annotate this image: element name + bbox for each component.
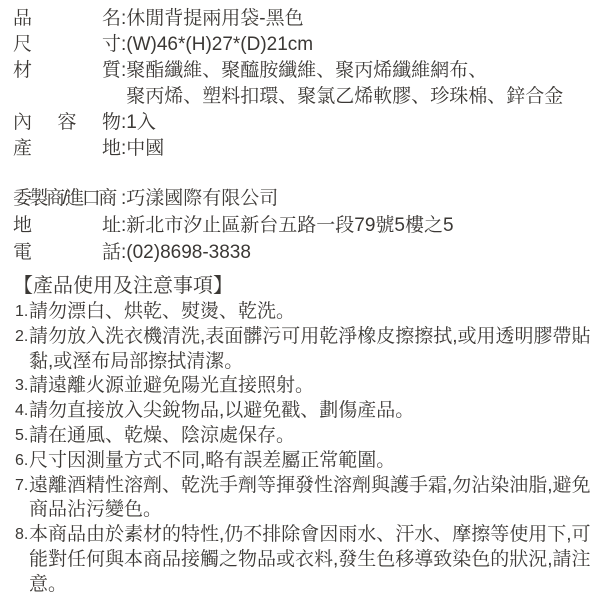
item-number: 3. (15, 374, 29, 399)
dimensions-value: (W)46*(H)27*(D)21cm (126, 32, 595, 58)
item-text: 請勿漂白、烘乾、熨燙、乾洗。 (29, 300, 595, 325)
notice-item: 4. 請勿直接放入尖銳物品,以避免戳、劃傷產品。 (15, 399, 595, 424)
notice-item: 1. 請勿漂白、烘乾、熨燙、乾洗。 (15, 300, 595, 325)
maker-value: 巧漾國際有限公司 (126, 185, 595, 212)
product-info-section: 品 名 : 休閒背提兩用袋-黑色 尺 寸 : (W)46*(H)27*(D)21… (13, 6, 595, 162)
contents-row: 內 容 物 : 1入 (13, 110, 595, 136)
contents-value: 1入 (126, 110, 595, 136)
notice-item: 6. 尺寸因測量方式不同,略有誤差屬正常範圍。 (15, 449, 595, 474)
notice-item: 8. 本商品由於素材的特性,仍不排除會因雨水、汗水、摩擦等使用下,可能對任何與本… (15, 523, 595, 597)
field-label-phone: 電 話 (13, 239, 121, 266)
field-label-product-name: 品 名 (13, 6, 121, 32)
item-text: 本商品由於素材的特性,仍不排除會因雨水、汗水、摩擦等使用下,可能對任何與本商品接… (29, 523, 595, 597)
item-text: 請遠離火源並避免陽光直接照射。 (29, 374, 595, 399)
material-row: 材 質 : 聚酯纖維、聚醯胺纖維、聚丙烯纖維網布、 聚丙烯、塑料扣環、聚氯乙烯軟… (13, 58, 595, 110)
item-number: 7. (15, 474, 29, 499)
item-text: 請勿直接放入尖銳物品,以避免戳、劃傷產品。 (29, 399, 595, 424)
material-value-line2: 聚丙烯、塑料扣環、聚氯乙烯軟膠、珍珠棉、鋅合金 (126, 84, 595, 110)
field-label-address: 地 址 (13, 212, 121, 239)
maker-row: 委製商/進口商 : 巧漾國際有限公司 (13, 185, 595, 212)
notice-items: 1. 請勿漂白、烘乾、熨燙、乾洗。 2. 請勿放入洗衣機清洗,表面髒污可用乾淨橡… (13, 300, 595, 598)
address-value: 新北市汐止區新台五路一段79號5樓之5 (126, 212, 595, 239)
item-text: 請勿放入洗衣機清洗,表面髒污可用乾淨橡皮擦擦拭,或用透明膠帶貼黏,或溼布局部擦拭… (29, 325, 595, 375)
item-text: 尺寸因測量方式不同,略有誤差屬正常範圍。 (29, 449, 595, 474)
phone-row: 電 話 : (02)8698-3838 (13, 239, 595, 266)
product-name-value: 休閒背提兩用袋-黑色 (126, 6, 595, 32)
item-number: 5. (15, 424, 29, 449)
item-number: 1. (15, 300, 29, 325)
phone-value: (02)8698-3838 (126, 239, 595, 266)
notice-item: 3. 請遠離火源並避免陽光直接照射。 (15, 374, 595, 399)
material-value: 聚酯纖維、聚醯胺纖維、聚丙烯纖維網布、 聚丙烯、塑料扣環、聚氯乙烯軟膠、珍珠棉、… (126, 58, 595, 110)
item-text: 請在通風、乾燥、陰涼處保存。 (29, 424, 595, 449)
item-number: 6. (15, 449, 29, 474)
field-label-origin: 產 地 (13, 136, 121, 162)
product-label-page: 品 名 : 休閒背提兩用袋-黑色 尺 寸 : (W)46*(H)27*(D)21… (0, 0, 600, 600)
field-label-material: 材 質 (13, 58, 121, 84)
product-name-row: 品 名 : 休閒背提兩用袋-黑色 (13, 6, 595, 32)
field-label-maker: 委製商/進口商 (13, 185, 121, 212)
dimensions-row: 尺 寸 : (W)46*(H)27*(D)21cm (13, 32, 595, 58)
address-row: 地 址 : 新北市汐止區新台五路一段79號5樓之5 (13, 212, 595, 239)
notice-item: 5. 請在通風、乾燥、陰涼處保存。 (15, 424, 595, 449)
item-text: 遠離酒精性溶劑、乾洗手劑等揮發性溶劑與護手霜,勿沾染油脂,避免商品沾污變色。 (29, 474, 595, 524)
maker-info-section: 委製商/進口商 : 巧漾國際有限公司 地 址 : 新北市汐止區新台五路一段79號… (13, 185, 595, 266)
field-label-contents: 內 容 物 (13, 110, 121, 136)
item-number: 2. (15, 325, 29, 350)
material-value-line1: 聚酯纖維、聚醯胺纖維、聚丙烯纖維網布、 (126, 58, 595, 84)
notice-item: 7. 遠離酒精性溶劑、乾洗手劑等揮發性溶劑與護手霜,勿沾染油脂,避免商品沾污變色… (15, 474, 595, 524)
origin-value: 中國 (126, 136, 595, 162)
notice-item: 2. 請勿放入洗衣機清洗,表面髒污可用乾淨橡皮擦擦拭,或用透明膠帶貼黏,或溼布局… (15, 325, 595, 375)
origin-row: 產 地 : 中國 (13, 136, 595, 162)
item-number: 4. (15, 399, 29, 424)
field-label-dimensions: 尺 寸 (13, 32, 121, 58)
notice-section: 【產品使用及注意事項】 1. 請勿漂白、烘乾、熨燙、乾洗。 2. 請勿放入洗衣機… (13, 272, 595, 598)
item-number: 8. (15, 523, 29, 548)
notice-heading: 【產品使用及注意事項】 (13, 272, 595, 300)
